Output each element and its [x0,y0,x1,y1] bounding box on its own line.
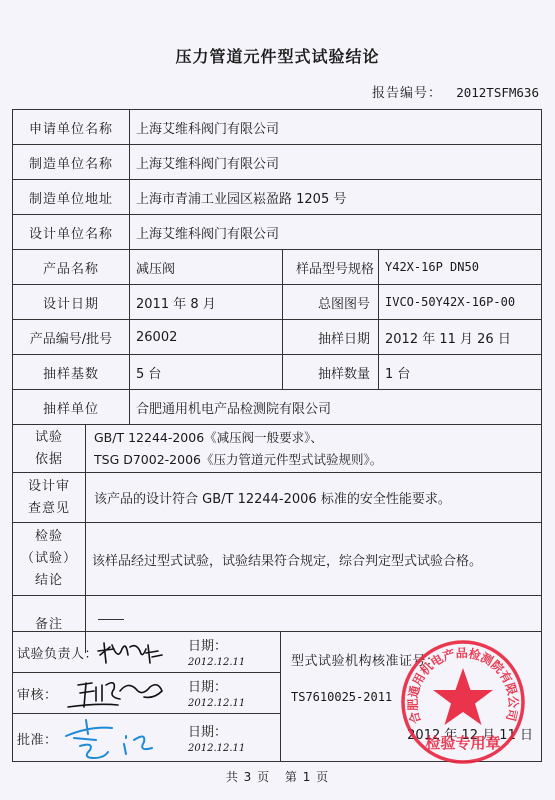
test-lead-row: 试验负责人： 日期：2012.12.11 [13,632,280,672]
reviewer-date: 日期：2012.12.11 [188,676,280,710]
manufacturer-address-value: 上海市青浦工业园区崧盈路 1205 号 [129,180,541,214]
product-number-value: 26002 [129,320,282,354]
report-number-label: 报告编号： [372,86,442,101]
design-review-label-line: 查意见 [28,498,70,520]
date-value: 2012.12.11 [188,743,245,754]
conclusion-label-line: 结论 [35,570,63,592]
table-row-sampling-base: 抽样基数 5 台 抽样数量 1 台 [13,354,541,389]
manufacturer-value: 上海艾维科阀门有限公司 [129,145,541,179]
table-row-test-basis: 试验 依据 GB/T 12244-2006《减压阀一般要求》、 TSG D700… [13,424,541,472]
sampling-unit-label: 抽样单位 [13,390,129,424]
signoff-section: 试验负责人： 日期：2012.12.11 审核： 日期：2012.12.11 批… [12,631,542,762]
sampling-unit-value: 合肥通用机电产品检测院有限公司 [129,390,541,424]
manufacturer-address-label: 制造单位地址 [13,180,129,214]
approver-signature [60,718,170,762]
test-basis-label-line: 依据 [35,449,63,471]
applicant-value: 上海艾维科阀门有限公司 [129,110,541,144]
table-row-product-number: 产品编号/批号 26002 抽样日期 2012 年 11 月 26 日 [13,319,541,354]
approver-date: 日期：2012.12.11 [188,721,280,755]
sample-model-value: Y42X-16P DN50 [378,250,541,284]
remarks-dash [98,619,124,620]
drawing-no-label: 总图图号 [282,285,378,319]
total-pages: 共 3 页 [226,770,270,784]
design-review-label-line: 设计审 [28,476,70,498]
certification-cell: 型式试验机构核准证号： TS7610025-2011 2012 年 12 月 1… [280,632,541,762]
date-label: 日期： [188,725,227,740]
conclusion-label-line: （试验） [21,548,77,570]
table-row-manufacturer-address: 制造单位地址 上海市青浦工业园区崧盈路 1205 号 [13,179,541,214]
design-date-label: 设计日期 [13,285,129,319]
sampling-quantity-value: 1 台 [378,355,541,389]
test-basis-value: GB/T 12244-2006《减压阀一般要求》、 TSG D7002-2006… [85,425,541,472]
test-lead-date: 日期：2012.12.11 [188,635,280,669]
cert-number: TS7610025-2011 [291,690,392,704]
date-label: 日期： [188,680,227,695]
current-page: 第 1 页 [285,770,329,784]
reviewer-signature [58,675,173,711]
sampling-base-value: 5 台 [129,355,282,389]
product-name-label: 产品名称 [13,250,129,284]
sampling-date-label: 抽样日期 [282,320,378,354]
design-review-label: 设计审 查意见 [13,473,85,522]
page-footer: 共 3 页 第 1 页 [0,768,555,785]
reviewer-label: 审核： [17,684,58,703]
test-lead-label: 试验负责人： [17,643,98,662]
sign-date: 2012 年 12 月 11 日 [407,724,533,743]
table-row-design-date: 设计日期 2011 年 8 月 总图图号 IVCO-50Y42X-16P-00 [13,284,541,319]
applicant-label: 申请单位名称 [13,110,129,144]
designer-label: 设计单位名称 [13,215,129,249]
conclusion-value: 该样品经过型式试验，试验结果符合规定，综合判定型式试验合格。 [85,523,541,595]
reviewer-row: 审核： 日期：2012.12.11 [13,672,280,713]
table-row-sampling-unit: 抽样单位 合肥通用机电产品检测院有限公司 [13,389,541,424]
report-number: 报告编号： 2012TSFM636 [372,82,539,101]
sample-model-label: 样品型号规格 [282,250,378,284]
conclusion-label: 检验 （试验） 结论 [13,523,85,595]
report-number-value: 2012TSFM636 [456,85,539,100]
info-table: 申请单位名称 上海艾维科阀门有限公司 制造单位名称 上海艾维科阀门有限公司 制造… [12,109,542,424]
designer-value: 上海艾维科阀门有限公司 [129,215,541,249]
test-basis-line: GB/T 12244-2006《减压阀一般要求》、 [94,427,382,449]
table-row-product-name: 产品名称 减压阀 样品型号规格 Y42X-16P DN50 [13,249,541,284]
manufacturer-label: 制造单位名称 [13,145,129,179]
sampling-base-label: 抽样基数 [13,355,129,389]
table-row-manufacturer: 制造单位名称 上海艾维科阀门有限公司 [13,144,541,179]
conclusion-table: 试验 依据 GB/T 12244-2006《减压阀一般要求》、 TSG D700… [12,424,542,653]
table-row-designer: 设计单位名称 上海艾维科阀门有限公司 [13,214,541,249]
table-row-applicant: 申请单位名称 上海艾维科阀门有限公司 [13,109,541,144]
table-row-conclusion: 检验 （试验） 结论 该样品经过型式试验，试验结果符合规定，综合判定型式试验合格… [13,522,541,595]
sampling-date-value: 2012 年 11 月 26 日 [378,320,541,354]
test-lead-signature [96,637,176,667]
test-basis-label: 试验 依据 [13,425,85,472]
conclusion-label-line: 检验 [35,526,63,548]
table-row-design-review: 设计审 查意见 该产品的设计符合 GB/T 12244-2006 标准的安全性能… [13,472,541,522]
design-date-value: 2011 年 8 月 [129,285,282,319]
cert-label: 型式试验机构核准证号： [291,650,440,669]
product-name-value: 减压阀 [129,250,282,284]
date-label: 日期： [188,639,227,654]
test-basis-line: TSG D7002-2006《压力管道元件型式试验规则》。 [94,449,382,471]
date-value: 2012.12.11 [188,698,245,709]
approver-label: 批准： [17,729,58,748]
document-title: 压力管道元件型式试验结论 [0,44,555,67]
product-number-label: 产品编号/批号 [13,320,129,354]
drawing-no-value: IVCO-50Y42X-16P-00 [378,285,541,319]
design-review-value: 该产品的设计符合 GB/T 12244-2006 标准的安全性能要求。 [85,473,541,522]
test-basis-label-line: 试验 [35,427,63,449]
date-value: 2012.12.11 [188,657,245,668]
approver-row: 批准： 日期：2012.12.11 [13,713,280,762]
sampling-quantity-label: 抽样数量 [282,355,378,389]
